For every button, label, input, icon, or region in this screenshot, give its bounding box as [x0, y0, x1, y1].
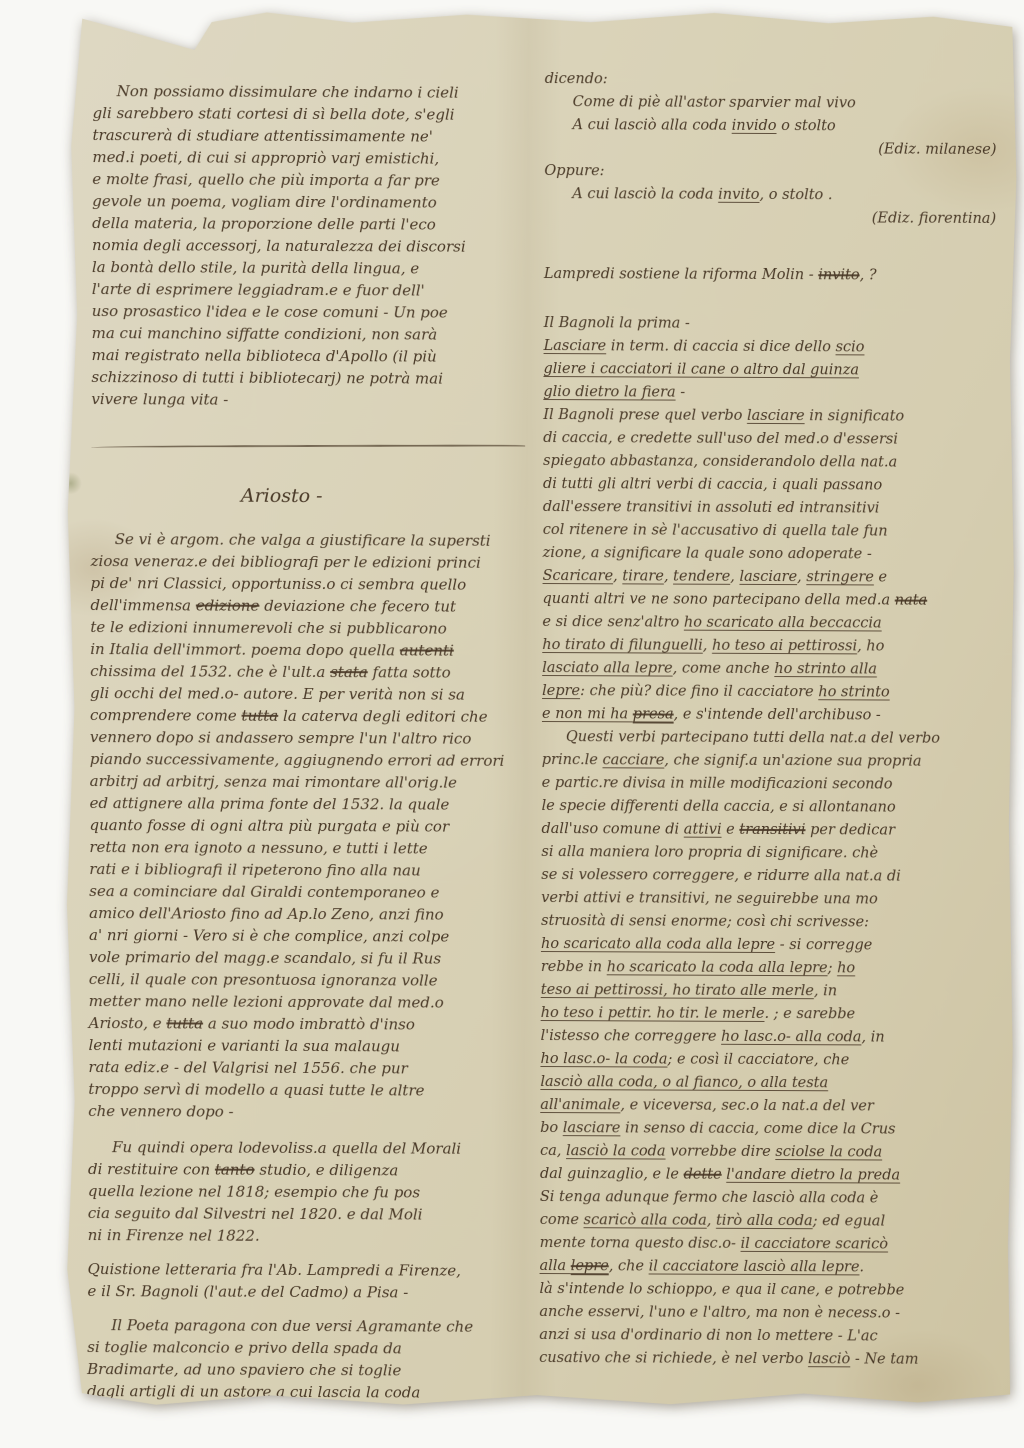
- manuscript-line: ho tirato di filunguelli, ho teso ai pet…: [542, 634, 998, 659]
- text-segment: piando successivamente, aggiugnendo erro…: [90, 750, 505, 770]
- text-segment: -: [676, 385, 686, 401]
- manuscript-line: Quistione letteraria fra l'Ab. Lampredi …: [88, 1258, 526, 1282]
- paragraph-block: Se vi è argom. che valga a giustificare …: [88, 528, 529, 1124]
- annotated-text: stata: [330, 663, 368, 681]
- text-segment: sea a cominciare dal Giraldi contemporan…: [89, 882, 439, 902]
- text-segment: princ.le: [542, 752, 603, 768]
- text-segment: le specie differenti della caccia, e si …: [542, 798, 896, 816]
- text-segment: Si tenga adunque fermo che lasciò alla c…: [540, 1189, 879, 1206]
- annotated-text: lasciò la coda: [566, 1143, 666, 1159]
- manuscript-line: pi de' nri Classici, opportuniss.o ci se…: [91, 572, 529, 596]
- manuscript-line: anzi si usa d'ordinario di non lo metter…: [539, 1324, 995, 1349]
- text-segment: in senso di caccia, come dice la Crus: [620, 1120, 895, 1137]
- text-segment: comprendere come: [90, 706, 242, 725]
- text-segment: ,: [613, 568, 622, 584]
- text-segment: che vennero dopo -: [88, 1102, 233, 1121]
- text-segment: cia seguito dal Silvestri nel 1820. e da…: [88, 1204, 423, 1223]
- annotated-text: ho strinto: [818, 684, 889, 700]
- annotated-text: Lasciare: [544, 338, 607, 354]
- manuscript-line: (Ediz. milanese): [544, 137, 1000, 162]
- text-segment: .: [859, 1259, 864, 1275]
- text-segment: ; ed egual: [813, 1213, 886, 1229]
- text-segment: se si volessero correggere, e ridurre al…: [541, 867, 901, 885]
- manuscript-line: Se vi è argom. che valga a giustificare …: [91, 528, 529, 552]
- manuscript-line: glio dietro la fiera -: [543, 381, 999, 406]
- text-segment: lenti mutazioni e varianti la sua malaug…: [88, 1036, 399, 1055]
- annotated-text: ho strinto alla: [774, 661, 877, 677]
- text-segment: mente torna questo disc.o-: [540, 1235, 741, 1252]
- manuscript-line: zione, a significare la quale sono adope…: [543, 542, 999, 567]
- annotated-text: il cacciatore scaricò: [741, 1236, 889, 1253]
- text-segment: e molte frasi, quello che più importa a …: [92, 170, 440, 190]
- text-segment: Bradimarte, ad uno spaviero che si togli…: [87, 1360, 401, 1379]
- annotated-text: tendere: [673, 569, 730, 585]
- text-segment: , o stolto .: [759, 187, 832, 203]
- manuscript-line: e si dice senz'altro ho scaricato alla b…: [542, 611, 998, 636]
- annotated-text: autenti: [400, 641, 454, 659]
- manuscript-line: dall'uso comune di attivi e transitivi p…: [541, 818, 997, 843]
- manuscript-line: che vennero dopo -: [88, 1100, 526, 1124]
- manuscript-line: struosità di sensi enorme; così chi scri…: [541, 910, 997, 935]
- text-segment: , ho: [857, 638, 884, 654]
- manuscript-line: anche esservi, l'uno e l'altro, ma non è…: [539, 1301, 995, 1326]
- text-segment: studio, e diligenza: [255, 1161, 399, 1180]
- annotated-text: tutta: [166, 1014, 203, 1032]
- annotated-text: dette: [684, 1167, 722, 1183]
- manuscript-line: lasciò alla coda, o al fianco, o alla te…: [540, 1071, 996, 1096]
- text-segment: in Italia dell'immort. poema dopo quella: [90, 640, 400, 659]
- annotated-text: attivi: [684, 822, 722, 838]
- text-segment: e si dice senz'altro: [542, 614, 684, 631]
- text-segment: la bontà dello stile, la purità della li…: [92, 258, 419, 277]
- annotated-text: lepre: [542, 683, 580, 699]
- text-segment: verbi attivi e transitivi, ne seguirebbe…: [541, 890, 878, 907]
- annotated-text: lasciare: [739, 569, 797, 585]
- paragraph-block: Il Poeta paragona con due versi Agramant…: [87, 1314, 525, 1404]
- text-segment: bo: [540, 1120, 563, 1136]
- text-segment: vivere lunga vita -: [91, 390, 228, 409]
- paragraph-block: Non possiamo dissimulare che indarno i c…: [91, 80, 530, 412]
- manuscript-line: Scaricare, tirare, tendere, lasciare, st…: [543, 565, 999, 590]
- manuscript-line: cia seguito dal Silvestri nel 1820. e da…: [88, 1202, 526, 1226]
- manuscript-line: (Ediz. fiorentina): [544, 206, 1000, 231]
- text-segment: retta non era ignoto a nessuno, e tutti …: [89, 838, 427, 857]
- manuscript-line: Si tenga adunque fermo che lasciò alla c…: [540, 1186, 996, 1211]
- text-segment: quanti altri ve ne sono partecipano dell…: [542, 591, 894, 609]
- manuscript-line: Ariosto -: [241, 483, 529, 510]
- annotated-text: lasciò: [808, 1351, 850, 1367]
- text-segment: gli sarebbero stati cortesi di sì bella …: [93, 104, 455, 124]
- text-segment: o stolto: [777, 118, 836, 134]
- text-segment: di tutti gli altri verbi di caccia, i qu…: [543, 476, 882, 493]
- manuscript-line: Oppure:: [544, 160, 1000, 185]
- text-segment: dell'immensa: [90, 596, 195, 614]
- annotated-text: tirare: [622, 568, 664, 584]
- manuscript-line: lepre: che più? dice fino il cacciatore …: [542, 680, 998, 705]
- manuscript-line: mai registrato nella biblioteca d'Apollo…: [91, 344, 529, 368]
- text-segment: struosità di sensi enorme; così chi scri…: [541, 913, 869, 930]
- text-segment: - si corregge: [775, 937, 872, 953]
- manuscript-line: dagli artigli di un astore a cui lascia …: [87, 1380, 525, 1404]
- annotated-text: il cacciatore lasciò alla lepre: [649, 1258, 860, 1275]
- annotated-text: invito: [718, 187, 759, 203]
- text-segment: ziosa veneraz.e dei bibliografi per le e…: [91, 552, 481, 572]
- text-segment: di caccia, e credette sull'uso del med.o…: [543, 430, 898, 448]
- text-segment: la caterva degli editori che: [278, 707, 487, 726]
- text-segment: si toglie malconcio e privo della spada …: [87, 1338, 402, 1357]
- annotated-text: Scaricare: [543, 568, 614, 584]
- text-segment: dall'uso comune di: [541, 821, 683, 838]
- text-segment: rebbe in: [541, 959, 607, 975]
- text-segment: di restituire con: [88, 1160, 215, 1179]
- text-segment: uso prosastico l'idea e le cose comuni -…: [92, 302, 448, 322]
- manuscript-line: amico dell'Ariosto fino ad Ap.lo Zeno, a…: [89, 902, 527, 926]
- manuscript-line: rebbe in ho scaricato la coda alla lepre…: [541, 956, 997, 981]
- text-segment: anche esservi, l'uno e l'altro, ma non è…: [539, 1304, 900, 1322]
- manuscript-line: e non mi ha presa, e s'intende dell'arch…: [542, 703, 998, 728]
- manuscript-line: dal guinzaglio, e le dette l'andare diet…: [540, 1163, 996, 1188]
- manuscript-line: Questi verbi partecipano tutti della nat…: [542, 726, 998, 751]
- manuscript-line: rati e i bibliografi il ripeterono fino …: [89, 858, 527, 882]
- annotated-text: invito: [818, 267, 859, 283]
- text-segment: della materia, la proporzione delle part…: [92, 214, 436, 233]
- text-segment: : che più? dice fino il cacciatore: [580, 683, 818, 700]
- text-segment: Oppure:: [544, 163, 604, 179]
- text-segment: col ritenere in sè l'accusativo di quell…: [543, 522, 888, 540]
- text-segment: ,: [707, 1213, 716, 1229]
- text-segment: ;: [828, 960, 838, 976]
- annotated-text: ho lasc.o- alla coda: [721, 1029, 861, 1046]
- manuscript-line: cusativo che si richiede, è nel verbo la…: [539, 1347, 995, 1372]
- annotated-text: lasciare: [747, 408, 805, 424]
- text-segment: rata ediz.e - del Valgrisi nel 1556. che…: [88, 1058, 407, 1077]
- text-segment: , e viceversa, sec.o la nat.a del ver: [620, 1097, 873, 1114]
- manuscript-line: Ariosto, e tutta a suo modo imbrattò d'i…: [89, 1012, 527, 1036]
- manuscript-line: se si volessero correggere, e ridurre al…: [541, 864, 997, 889]
- manuscript-line: uso prosastico l'idea e le cose comuni -…: [92, 300, 530, 324]
- text-segment: ,: [703, 638, 712, 654]
- text-segment: e: [722, 822, 740, 838]
- annotated-text: ho teso ai pettirossi: [712, 638, 857, 655]
- paragraph-block: dicendo:Come di piè all'astor sparvier m…: [544, 68, 1001, 231]
- text-segment: amico dell'Ariosto fino ad Ap.lo Zeno, a…: [89, 904, 444, 924]
- text-segment: a' nri giorni - Vero si è che complice, …: [89, 926, 449, 946]
- text-segment: e: [874, 569, 887, 585]
- manuscript-line: quanto fosse di ogni altra più purgata e…: [89, 814, 527, 838]
- text-segment: med.i poeti, di cui si appropriò varj em…: [92, 148, 439, 168]
- annotated-text: lepre: [571, 1258, 609, 1274]
- manuscript-line: celli, il quale con presontuosa ignoranz…: [89, 968, 527, 992]
- manuscript-line: schizzinoso di tutti i bibliotecarj) ne …: [91, 366, 529, 390]
- text-segment: (Ediz. milanese): [878, 141, 996, 158]
- manuscript-column-left: Non possiamo dissimulare che indarno i c…: [87, 80, 531, 1404]
- annotated-text: scaricò alla coda: [584, 1212, 707, 1229]
- annotated-text: ho: [837, 960, 855, 976]
- annotated-text: tanto: [215, 1161, 255, 1179]
- text-segment: Fu quindi opera lodevoliss.a quella del …: [112, 1138, 461, 1158]
- text-segment: Ariosto, e: [89, 1014, 167, 1032]
- manuscript-line: alla lepre, che il cacciatore lasciò all…: [540, 1255, 996, 1280]
- annotated-text: gliere i cacciatori il cane o altro dal …: [543, 361, 859, 378]
- manuscript-line: come scaricò alla coda, tirò alla coda; …: [540, 1209, 996, 1234]
- annotated-text: all'animale: [540, 1097, 620, 1113]
- manuscript-line: l'istesso che correggere ho lasc.o- alla…: [541, 1025, 997, 1050]
- manuscript-line: e il Sr. Bagnoli (l'aut.e del Cadmo) a P…: [87, 1280, 525, 1304]
- manuscript-page-wrap: Non possiamo dissimulare che indarno i c…: [61, 6, 1019, 1414]
- text-segment: troppo servì di modello a quasi tutte le…: [88, 1080, 424, 1099]
- manuscript-line: ca, lasciò la coda vorrebbe dire sciolse…: [540, 1140, 996, 1165]
- manuscript-line: a' nri giorni - Vero si è che complice, …: [89, 924, 527, 948]
- text-segment: ni in Firenze nel 1822.: [88, 1226, 260, 1245]
- text-segment: , che signif.a un'azione sua propria: [664, 753, 921, 770]
- manuscript-line: si toglie malconcio e privo della spada …: [87, 1336, 525, 1360]
- manuscript-line: chissima del 1532. che è l'ult.a stata f…: [90, 660, 528, 684]
- manuscript-line: lenti mutazioni e varianti la sua malaug…: [88, 1034, 526, 1058]
- paragraph-block: Quistione letteraria fra l'Ab. Lampredi …: [87, 1258, 525, 1304]
- manuscript-line: della materia, la proporzione delle part…: [92, 212, 530, 236]
- text-segment: metter mano nelle lezioni approvate dal …: [89, 992, 444, 1012]
- text-segment: , ?: [860, 267, 877, 283]
- manuscript-line: vivere lunga vita -: [91, 388, 529, 412]
- text-segment: Il Bagnoli la prima -: [544, 315, 690, 332]
- annotated-text: glio dietro la fiera: [543, 384, 675, 401]
- annotated-text: cacciare: [602, 752, 664, 768]
- annotated-text: nata: [895, 593, 928, 609]
- manuscript-line: Come di piè all'astor sparvier mal vivo: [545, 91, 1001, 116]
- annotated-text: stringere: [806, 569, 874, 585]
- text-segment: pi de' nri Classici, opportuniss.o ci se…: [91, 574, 467, 594]
- manuscript-line: mente torna questo disc.o- il cacciatore…: [540, 1232, 996, 1257]
- manuscript-line: le specie differenti della caccia, e si …: [542, 795, 998, 820]
- manuscript-line: gevole un poema, vogliam dire l'ordiname…: [92, 190, 530, 214]
- manuscript-line: verbi attivi e transitivi, ne seguirebbe…: [541, 887, 997, 912]
- manuscript-line: quanti altri ve ne sono partecipano dell…: [542, 588, 998, 613]
- manuscript-line: arbitrj ad arbitrj, senza mai rimontare …: [90, 770, 528, 794]
- manuscript-line: ziosa veneraz.e dei bibliografi per le e…: [91, 550, 529, 574]
- manuscript-line: piando successivamente, aggiugnendo erro…: [90, 748, 528, 772]
- manuscript-line: trascurerà di studiare attentissimamente…: [92, 124, 530, 148]
- text-segment: si alla maniera loro propria di signific…: [541, 844, 878, 861]
- annotated-text: l'andare dietro la preda: [726, 1167, 900, 1184]
- text-segment: cusativo che si richiede, è nel verbo: [539, 1350, 808, 1367]
- text-segment: là s'intende lo schioppo, e qua il cane,…: [539, 1281, 904, 1299]
- manuscript-line: A cui lasciò alla coda invido o stolto: [545, 114, 1001, 139]
- manuscript-line: là s'intende lo schioppo, e qua il cane,…: [539, 1278, 995, 1303]
- manuscript-line: Il Poeta paragona con due versi Agramant…: [87, 1314, 525, 1338]
- text-segment: quanto fosse di ogni altra più purgata e…: [89, 816, 449, 836]
- annotated-text: invido: [732, 118, 777, 134]
- text-segment: , in: [861, 1029, 884, 1045]
- annotated-text: transitivi: [739, 822, 805, 838]
- text-segment: Questi verbi partecipano tutti della nat…: [566, 729, 940, 747]
- text-segment: ,: [730, 569, 739, 585]
- paragraph-block: Lampredi sostiene la riforma Molin - inv…: [544, 263, 1000, 288]
- text-segment: Lampredi sostiene la riforma Molin -: [544, 266, 818, 283]
- text-segment: te le edizioni innumerevoli che si pubbl…: [90, 618, 446, 638]
- text-segment: l'arte di esprimere leggiadram.e e fuor …: [92, 280, 425, 299]
- annotated-text: teso ai pettirossi, ho tirato alle merle: [541, 982, 814, 999]
- annotated-text: presa: [633, 706, 674, 722]
- manuscript-line: bo lasciare in senso di caccia, come dic…: [540, 1117, 996, 1142]
- annotated-text: ho teso i pettir. ho tir. le merle: [541, 1005, 765, 1022]
- divider-block: [91, 444, 525, 449]
- manuscript-line: e partic.re divisa in mille modificazion…: [542, 772, 998, 797]
- manuscript-line: ed attignere alla prima fonte del 1532. …: [90, 792, 528, 816]
- manuscript-line: ho lasc.o- la coda; e così il cacciatore…: [540, 1048, 996, 1073]
- manuscript-line: Fu quindi opera lodevoliss.a quella del …: [88, 1136, 526, 1160]
- manuscript-line: ni in Firenze nel 1822.: [88, 1224, 526, 1248]
- manuscript-page: Non possiamo dissimulare che indarno i c…: [61, 6, 1019, 1414]
- text-segment: spiegato abbastanza, considerandolo dell…: [543, 453, 897, 471]
- manuscript-line: ho teso i pettir. ho tir. le merle. ; e …: [541, 1002, 997, 1027]
- manuscript-line: gli occhi del med.o- autore. E per verit…: [90, 682, 528, 706]
- text-segment: ,: [797, 569, 806, 585]
- text-segment: in term. di caccia si dice dello: [606, 338, 835, 355]
- text-segment: Il Bagnoli prese quel verbo: [543, 407, 747, 424]
- manuscript-line: ho scaricato alla coda alla lepre - si c…: [541, 933, 997, 958]
- text-segment: trascurerà di studiare attentissimamente…: [92, 126, 432, 145]
- manuscript-line: lasciato alla lepre, come anche ho strin…: [542, 657, 998, 682]
- annotated-text: lasciato alla lepre: [542, 660, 673, 677]
- manuscript-line: spiegato abbastanza, considerandolo dell…: [543, 450, 999, 475]
- text-segment: dall'essere transitivi in assoluti ed in…: [543, 499, 880, 516]
- text-segment: ma cui manchino siffatte condizioni, non…: [92, 324, 438, 344]
- text-segment: , che: [609, 1258, 649, 1274]
- annotated-text: alla: [540, 1258, 571, 1274]
- text-segment: A cui lasciò la coda: [572, 186, 718, 203]
- annotated-text: tirò alla coda: [716, 1213, 813, 1229]
- text-segment: l'istesso che correggere: [541, 1028, 722, 1045]
- annotated-text: ho lasc.o- la coda: [540, 1051, 667, 1068]
- manuscript-line: col ritenere in sè l'accusativo di quell…: [543, 519, 999, 544]
- manuscript-line: l'arte di esprimere leggiadram.e e fuor …: [92, 278, 530, 302]
- text-segment: fatta sotto: [368, 663, 451, 681]
- annotated-text: ho scaricato la coda alla lepre: [607, 959, 828, 976]
- annotated-text: sciolse la coda: [775, 1144, 882, 1160]
- text-segment: dicendo:: [545, 71, 608, 87]
- text-segment: rati e i bibliografi il ripeterono fino …: [89, 860, 420, 879]
- text-segment: vorrebbe dire: [666, 1144, 776, 1160]
- manuscript-line: di tutti gli altri verbi di caccia, i qu…: [543, 473, 999, 498]
- manuscript-line: troppo servì di modello a quasi tutte le…: [88, 1078, 526, 1102]
- text-segment: ca,: [540, 1143, 566, 1159]
- manuscript-line: Il Bagnoli prese quel verbo lasciare in …: [543, 404, 999, 429]
- text-segment: A cui lasciò alla coda: [573, 117, 732, 134]
- annotated-text: lasciò alla coda, o al fianco, o alla te…: [540, 1074, 828, 1091]
- text-segment: celli, il quale con presontuosa ignoranz…: [89, 970, 438, 990]
- text-segment: anzi si usa d'ordinario di non lo metter…: [539, 1327, 878, 1344]
- text-segment: chissima del 1532. che è l'ult.a: [90, 662, 330, 681]
- manuscript-line: metter mano nelle lezioni approvate dal …: [89, 990, 527, 1014]
- manuscript-line: princ.le cacciare, che signif.a un'azion…: [542, 749, 998, 774]
- text-segment: deviazione che fecero tut: [259, 597, 456, 616]
- annotated-text: tutta: [241, 707, 278, 725]
- annotated-text: ho tirato di filunguelli: [542, 637, 703, 654]
- manuscript-line: gli sarebbero stati cortesi di sì bella …: [93, 102, 531, 126]
- text-segment: mai registrato nella biblioteca d'Apollo…: [92, 346, 437, 366]
- manuscript-line: comprendere come tutta la caterva degli …: [90, 704, 528, 728]
- text-segment: e il Sr. Bagnoli (l'aut.e del Cadmo) a P…: [87, 1282, 408, 1301]
- manuscript-line: quella lezione nel 1818; esempio che fu …: [88, 1180, 526, 1204]
- text-segment: nomia degli accessorj, la naturalezza de…: [92, 236, 466, 256]
- annotated-text: ho scaricato alla beccaccia: [684, 615, 882, 632]
- manuscript-column-right: dicendo:Come di piè all'astor sparvier m…: [539, 68, 1001, 1372]
- text-segment: ,: [664, 569, 673, 585]
- paragraph-block: Fu quindi opera lodevoliss.a quella del …: [88, 1136, 526, 1248]
- text-segment: Non possiamo dissimulare che indarno i c…: [117, 82, 459, 101]
- text-segment: Quistione letteraria fra l'Ab. Lampredi …: [88, 1260, 462, 1280]
- manuscript-line: Non possiamo dissimulare che indarno i c…: [93, 80, 531, 104]
- manuscript-line: ma cui manchino siffatte condizioni, non…: [92, 322, 530, 346]
- text-segment: , come anche: [673, 661, 775, 677]
- manuscript-line: teso ai pettirossi, ho tirato alle merle…: [541, 979, 997, 1004]
- manuscript-line: in Italia dell'immort. poema dopo quella…: [90, 638, 528, 662]
- text-segment: ed attignere alla prima fonte del 1532. …: [90, 794, 450, 814]
- text-segment: zione, a significare la quale sono adope…: [543, 545, 872, 562]
- manuscript-line: retta non era ignoto a nessuno, e tutti …: [89, 836, 527, 860]
- heading-block: Ariosto -: [91, 482, 529, 510]
- text-segment: gevole un poema, vogliam dire l'ordiname…: [92, 192, 437, 212]
- manuscript-line: dell'immensa edizione deviazione che fec…: [90, 594, 528, 618]
- manuscript-line: la bontà dello stile, la purità della li…: [92, 256, 530, 280]
- text-segment: come: [540, 1212, 584, 1228]
- manuscript-line: di restituire con tanto studio, e dilige…: [88, 1158, 526, 1182]
- text-segment: schizzinoso di tutti i bibliotecarj) ne …: [91, 368, 443, 388]
- text-segment: per dedicar: [805, 822, 895, 838]
- manuscript-line: te le edizioni innumerevoli che si pubbl…: [90, 616, 528, 640]
- text-segment: e partic.re divisa in mille modificazion…: [542, 775, 893, 793]
- manuscript-line: gliere i cacciatori il cane o altro dal …: [543, 358, 999, 383]
- text-segment: Ariosto -: [241, 485, 323, 507]
- text-segment: a suo modo imbrattò d'inso: [203, 1015, 415, 1034]
- text-segment: , in: [814, 983, 837, 999]
- text-segment: Il Poeta paragona con due versi Agramant…: [111, 1316, 473, 1336]
- text-segment: Se vi è argom. che valga a giustificare …: [115, 530, 491, 550]
- text-segment: Come di piè all'astor sparvier mal vivo: [573, 94, 856, 111]
- manuscript-line: sea a cominciare dal Giraldi contemporan…: [89, 880, 527, 904]
- text-segment: . ; e sarebbe: [764, 1006, 855, 1022]
- text-segment: quella lezione nel 1818; esempio che fu …: [88, 1182, 420, 1201]
- annotated-text: lasciare: [563, 1120, 621, 1136]
- manuscript-line: dicendo:: [545, 68, 1001, 93]
- annotated-text: edizione: [196, 596, 260, 614]
- manuscript-line: nomia degli accessorj, la naturalezza de…: [92, 234, 530, 258]
- text-segment: gli occhi del med.o- autore. E per verit…: [90, 684, 465, 704]
- text-segment: dagli artigli di un astore a cui lascia …: [87, 1382, 420, 1401]
- manuscript-line: Lampredi sostiene la riforma Molin - inv…: [544, 263, 1000, 288]
- text-segment: vennero dopo si andassero sempre l'un l'…: [90, 728, 472, 748]
- manuscript-line: di caccia, e credette sull'uso del med.o…: [543, 427, 999, 452]
- text-segment: (Ediz. fiorentina): [872, 210, 996, 227]
- manuscript-line: e molte frasi, quello che più importa a …: [92, 168, 530, 192]
- manuscript-line: all'animale, e viceversa, sec.o la nat.a…: [540, 1094, 996, 1119]
- text-segment: vole primario del magg.e scandalo, si fu…: [89, 948, 441, 968]
- text-segment: arbitrj ad arbitrj, senza mai rimontare …: [90, 772, 457, 792]
- text-segment: ; e così il cacciatore, che: [667, 1052, 849, 1069]
- manuscript-line: rata ediz.e - del Valgrisi nel 1556. che…: [88, 1056, 526, 1080]
- manuscript-line: Lasciare in term. di caccia si dice dell…: [544, 335, 1000, 360]
- manuscript-line: si alla maniera loro propria di signific…: [541, 841, 997, 866]
- manuscript-line: Bradimarte, ad uno spaviero che si togli…: [87, 1358, 525, 1382]
- annotated-text: scio: [836, 339, 865, 355]
- manuscript-line: med.i poeti, di cui si appropriò varj em…: [92, 146, 530, 170]
- manuscript-line: Il Bagnoli la prima -: [544, 312, 1000, 337]
- manuscript-line: vennero dopo si andassero sempre l'un l'…: [90, 726, 528, 750]
- annotated-text: e non mi ha: [542, 706, 633, 722]
- manuscript-line: vole primario del magg.e scandalo, si fu…: [89, 946, 527, 970]
- text-segment: - Ne tam: [850, 1351, 918, 1367]
- paragraph-block: Il Bagnoli la prima -Lasciare in term. d…: [539, 312, 1000, 1372]
